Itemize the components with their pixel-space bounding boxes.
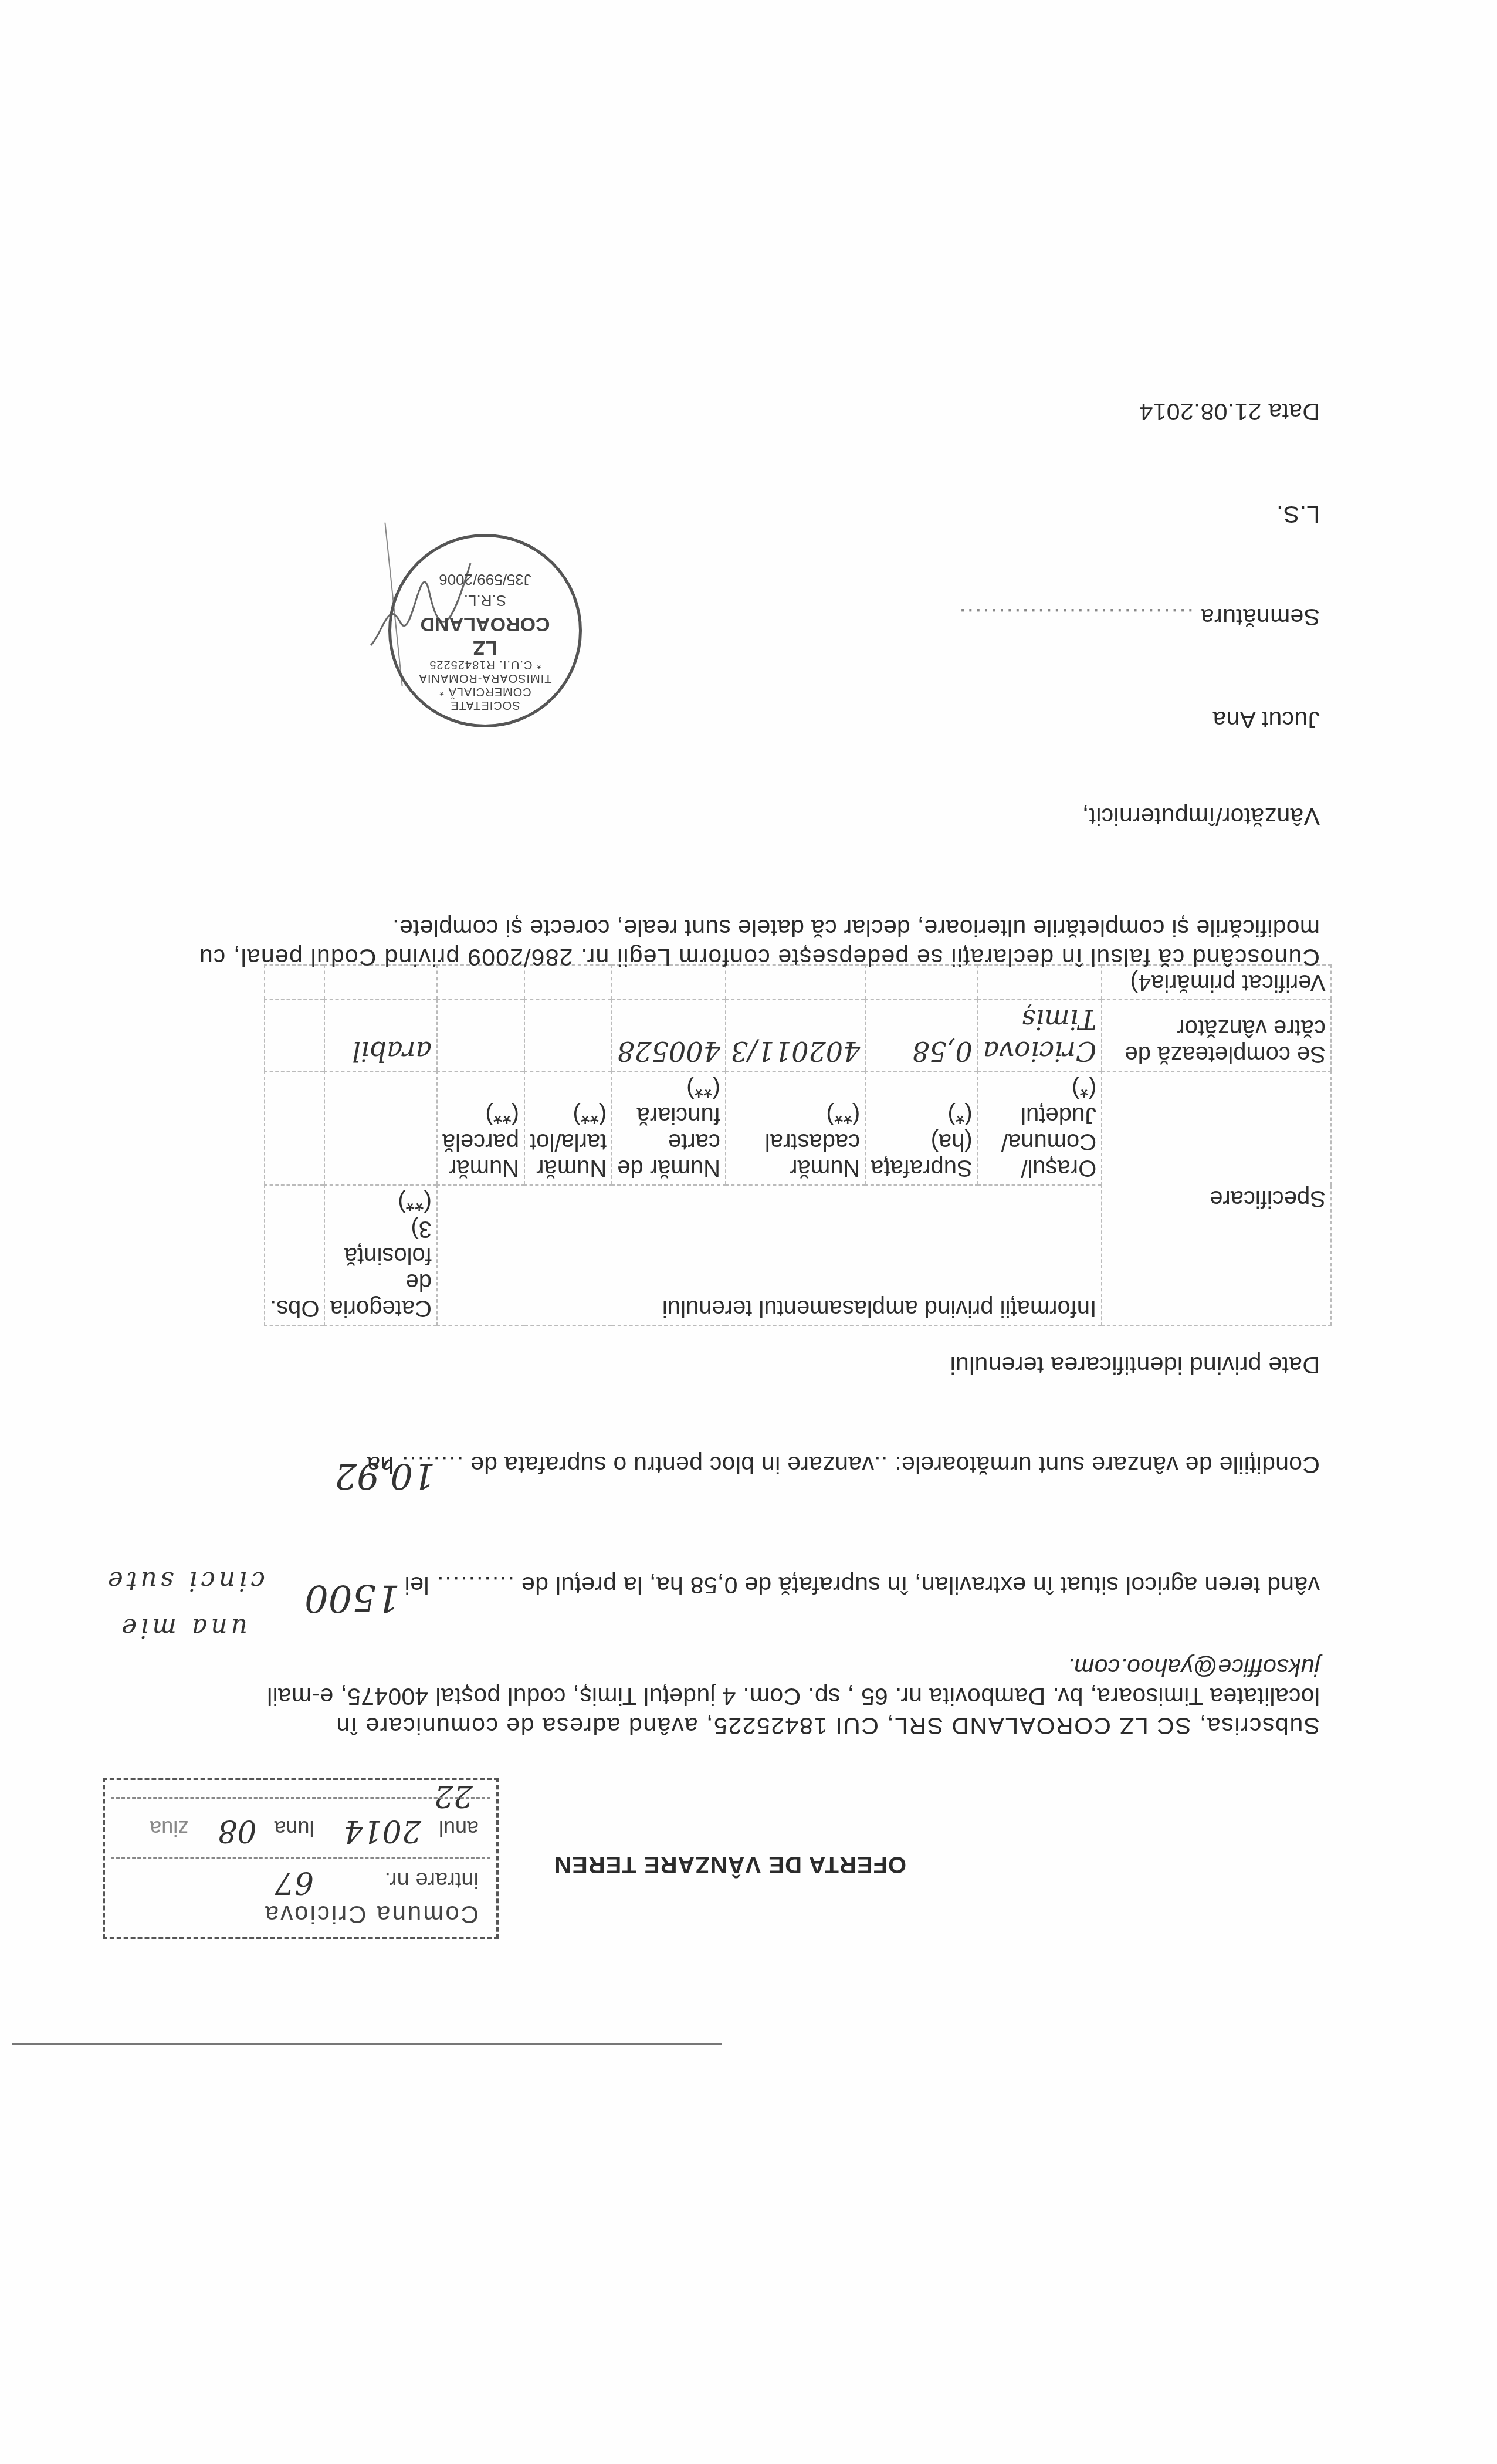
offer-price-words-1: una mie <box>118 1613 248 1643</box>
stamp-institution: Comuna Criciova <box>263 1901 479 1928</box>
identification-heading: Date privind identificarea terenului <box>950 1351 1320 1379</box>
offer-currency: lei <box>404 1572 429 1599</box>
cell-land-book: 400528 <box>612 1000 726 1071</box>
table-row: Se completează de către vânzător Criciov… <box>265 1000 1331 1071</box>
col-header-1: Orașul/ Comuna/ Județul(*) <box>978 1071 1102 1185</box>
stamp-year-label: anul <box>439 1816 479 1840</box>
seal-line-4: J35/599/2006 <box>391 570 579 588</box>
offer-dots: .......... <box>436 1572 514 1599</box>
conditions-area-handwritten: 10,92 <box>334 1455 435 1496</box>
location-group-header: Informații privind amplasamentul terenul… <box>437 1185 1102 1325</box>
col-header-5: Număr tarla/lot(**) <box>524 1071 612 1185</box>
seal-line-2: COROALAND <box>391 612 579 635</box>
stamp-year: 2014 <box>344 1813 421 1849</box>
seal-outer-text: SOCIETATE COMERCIALĂ * TIMISOARA-ROMANIA… <box>391 658 579 712</box>
col-header-6: Număr parcelă(**) <box>437 1071 524 1185</box>
land-identification-table: Specificare Informații privind amplasame… <box>264 964 1332 1326</box>
document-title: OFERTA DE VÂNZARE TEREN <box>554 1851 906 1877</box>
top-rule <box>12 2043 722 2045</box>
offer-line: vând teren agricol situat în extravilan,… <box>404 1571 1320 1599</box>
offer-price-handwritten: 1500 <box>304 1576 400 1619</box>
intro-line-2: localitatea Timisoara, bv. Dambovita nr.… <box>267 1683 1320 1710</box>
stamp-day-label: ziua <box>150 1816 188 1840</box>
cell-obs <box>265 1000 324 1071</box>
cell-category: arabil <box>324 1000 436 1071</box>
registration-stamp: Comuna Criciova intrare nr. 67 anul 2014… <box>103 1778 499 1939</box>
company-seal: SOCIETATE COMERCIALĂ * TIMISOARA-ROMANIA… <box>388 534 582 727</box>
declaration-line-2: modificările și completările ulterioare,… <box>392 914 1320 942</box>
col-header-8: Obs. <box>265 1185 324 1325</box>
stamp-month: 08 <box>218 1813 256 1849</box>
row-seller-label: Se completează de către vânzător <box>1102 1000 1331 1071</box>
cell-tarla <box>524 1000 612 1071</box>
declaration-line-1: Cunoscând că falsul în declarații se ped… <box>199 943 1320 971</box>
scanned-document-page: Comuna Criciova intrare nr. 67 anul 2014… <box>0 0 1497 2464</box>
seal-line-1: LZ <box>391 636 579 659</box>
seal-line-3: S.R.L. <box>391 591 579 610</box>
conditions-line: Condițiile de vânzare sunt următoarele: … <box>367 1451 1320 1478</box>
col-header-7: Categoria de folosință 3)(**) <box>324 1185 436 1325</box>
stamp-entry-number: 67 <box>275 1865 314 1900</box>
col-header-3: Număr cadastral(**) <box>726 1071 865 1185</box>
col-header-2: Suprafața (ha)(*) <box>865 1071 977 1185</box>
signature-label: Semnătura .............................. <box>958 603 1320 631</box>
cell-locality: Criciova Timiș <box>978 1000 1102 1071</box>
ls-label: L.S. <box>1276 500 1320 528</box>
spec-header: Specificare <box>1102 1071 1331 1325</box>
seller-role: Vânzător/împuternicit, <box>1082 803 1320 830</box>
intro-line-1: Subscrisa, SC LZ COROALAND SRL, CUI 1842… <box>336 1712 1320 1739</box>
offer-text: vând teren agricol situat în extravilan,… <box>521 1572 1320 1599</box>
conditions-text: Condițiile de vânzare sunt următoarele: … <box>470 1451 1320 1478</box>
offer-price-words-2: cinci sute <box>104 1566 265 1596</box>
cell-parcel <box>437 1000 524 1071</box>
cell-cadastral: 402011/3 <box>726 1000 865 1071</box>
intro-line-3: juksoffice@yahoo.com. <box>1067 1653 1320 1681</box>
seller-name: Jucut Ana <box>1212 706 1320 733</box>
stamp-month-label: luna <box>275 1816 314 1840</box>
col-header-4: Număr de carte funciară(**) <box>612 1071 726 1185</box>
stamp-entry-label: intrare nr. <box>384 1867 479 1892</box>
document-date: Data 21.08.2014 <box>1139 398 1320 425</box>
cell-area: 0,58 <box>865 1000 977 1071</box>
